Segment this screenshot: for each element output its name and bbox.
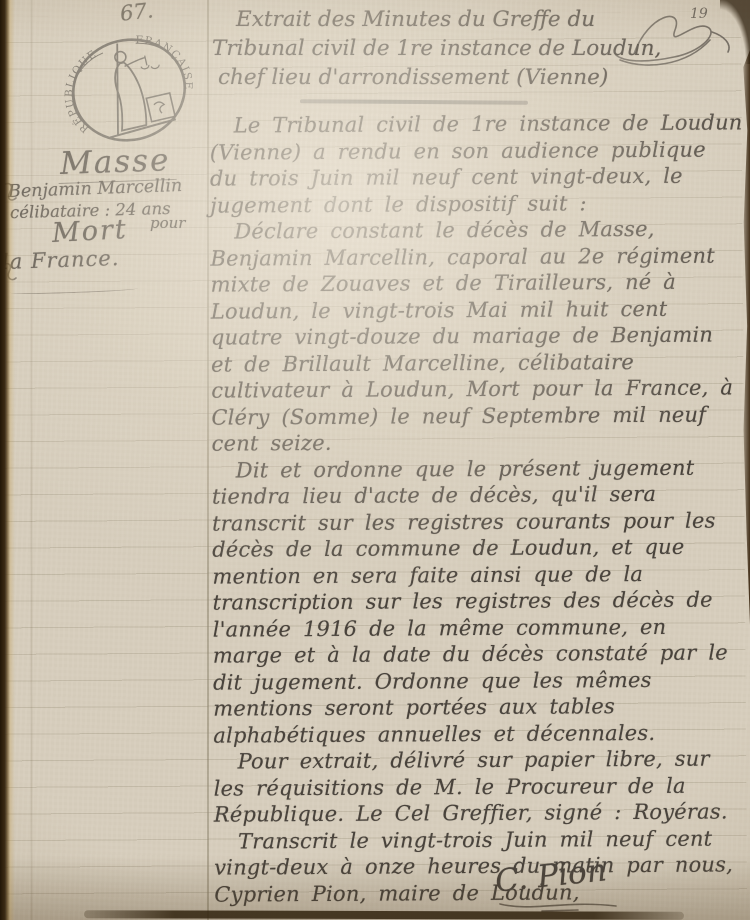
paper-vignette <box>0 0 750 920</box>
page-edge-bottom <box>84 910 684 920</box>
margin-given-names: Benjamin Marcellin <box>8 176 183 202</box>
mayor-signature: C. Pion <box>493 852 608 899</box>
paragraph-dit-et-ordonne: Dit et ordonne que le présent jugement t… <box>212 454 747 749</box>
stamp-text-republique: RÉPUBLIQUE <box>64 47 115 138</box>
heading-line-1: Extrait des Minutes du Greffe du <box>212 5 750 34</box>
page-corner-curl <box>720 0 750 64</box>
stamp-figure-icon <box>90 34 177 137</box>
ruled-lines <box>0 11 747 900</box>
margin-la-france: la France. <box>2 246 120 274</box>
paragraph-pour-extrait: Pour extrait, délivré sur papier libre, … <box>213 745 746 828</box>
margin-rule-line <box>207 0 209 920</box>
corner-paraph: 19 <box>612 2 747 80</box>
page-edge-right <box>741 50 750 625</box>
margin-status: célibataire : 24 ans <box>10 199 171 222</box>
paragraph-jugement: Le Tribunal civil de 1re instance de Lou… <box>210 109 744 218</box>
paragraph-transcription: Transcrit le vingt-trois Juin mil neuf c… <box>214 825 747 908</box>
heading-line-2: Tribunal civil de 1re instance de Loudun… <box>212 34 750 63</box>
heading-divider-rule <box>300 99 528 105</box>
margin-underline-flourish <box>10 286 138 295</box>
act-body: Le Tribunal civil de 1re instance de Lou… <box>210 109 748 907</box>
paragraph-declare-deces: Déclare constant le décès de Masse, Benj… <box>210 215 744 457</box>
paper-crease <box>30 0 33 920</box>
margin-surname: Masse <box>57 142 177 184</box>
register-page: 67. 19 RÉPUBLIQUE FRANÇAISE <box>0 0 750 920</box>
binding-edge-tan <box>6 0 15 920</box>
binding-edge-left <box>0 0 10 920</box>
folio-number: 67. <box>119 0 155 26</box>
corner-mark-digits: 19 <box>690 6 708 22</box>
heading-line-3: chef lieu d'arrondissement (Vienne) <box>212 63 750 92</box>
margin-pour: pour <box>150 214 185 232</box>
paper-texture <box>0 0 750 920</box>
stamp-text-francaise: FRANÇAISE <box>133 30 194 101</box>
signature-flourish <box>498 898 628 918</box>
document-heading: Extrait des Minutes du Greffe du Tribuna… <box>212 5 750 92</box>
margin-mort: Mort <box>51 214 128 249</box>
republique-francaise-stamp: RÉPUBLIQUE FRANÇAISE <box>64 30 194 150</box>
edge-cut-marks <box>0 170 18 314</box>
